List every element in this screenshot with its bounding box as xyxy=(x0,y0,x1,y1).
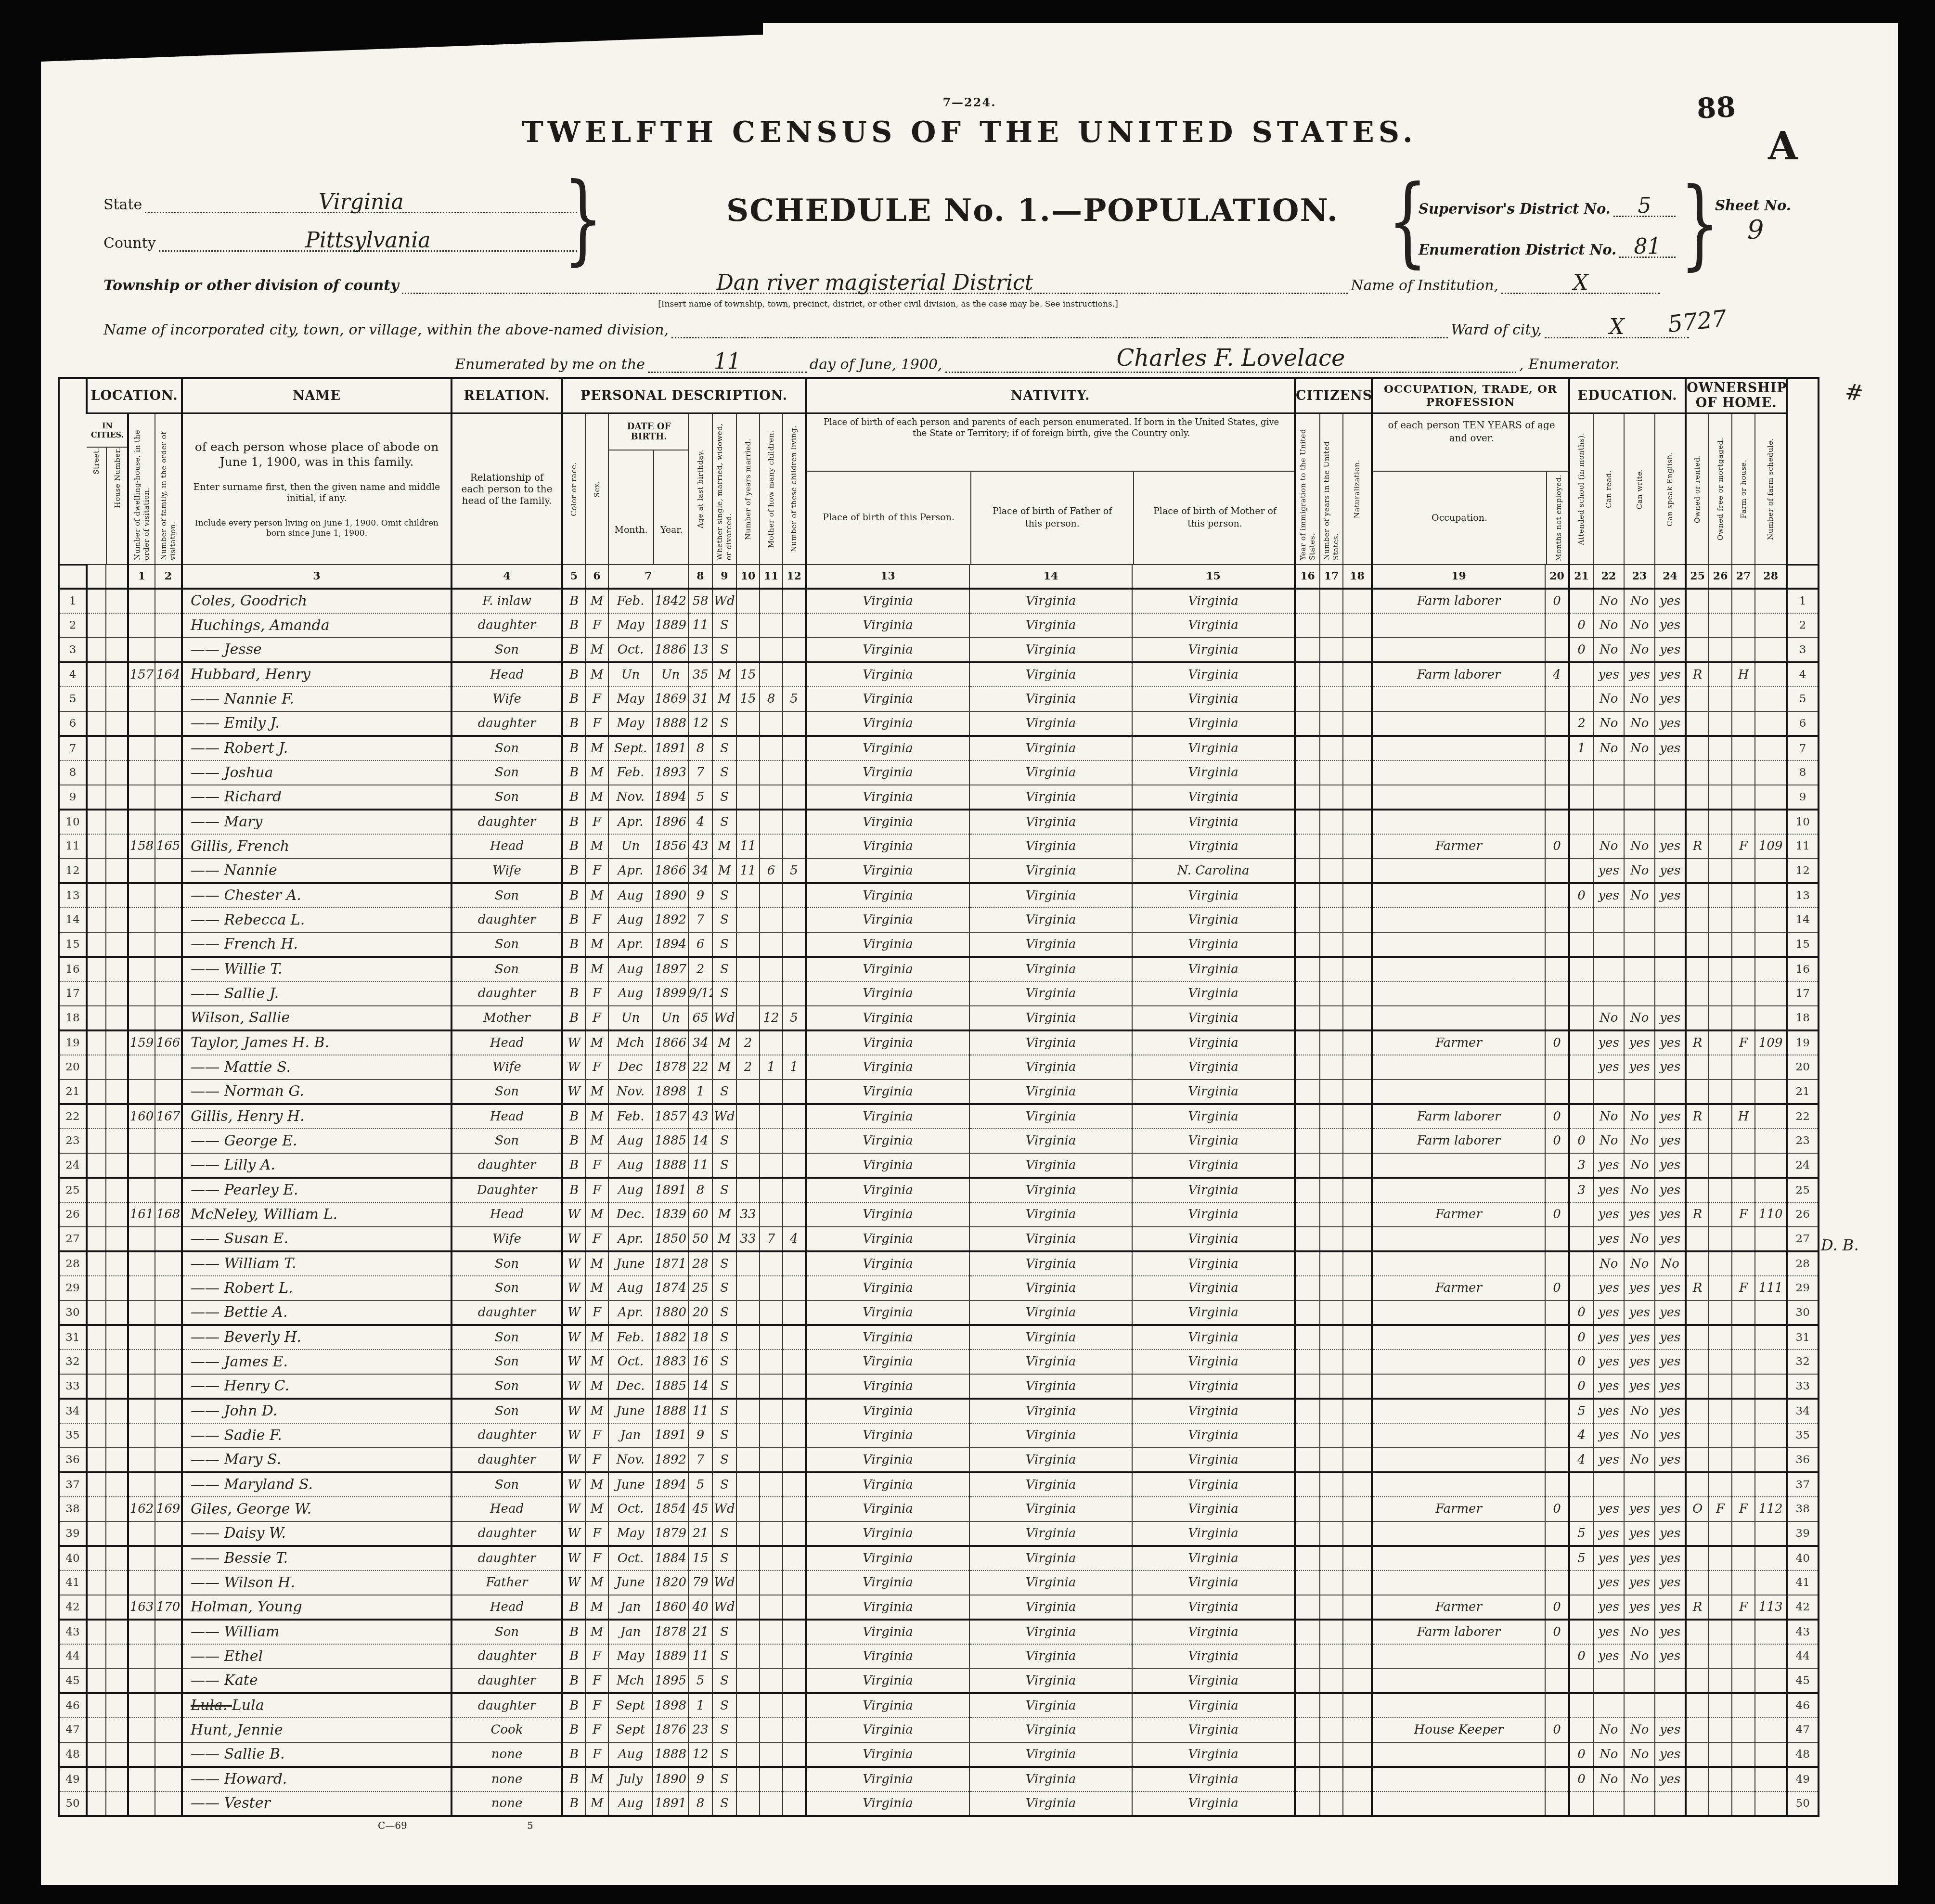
cell-fs xyxy=(1755,1791,1787,1816)
col-children-living-header: Number of these children living. xyxy=(783,413,806,565)
cell-cb xyxy=(760,1742,783,1767)
cell-n2: 44 xyxy=(1787,1644,1819,1669)
cell-ue xyxy=(1545,1153,1569,1178)
cell-age: 43 xyxy=(688,1104,712,1129)
cell-n: 46 xyxy=(59,1693,87,1718)
cell-fh xyxy=(1732,1472,1755,1497)
cell-sp xyxy=(1655,1080,1686,1104)
cell-ym xyxy=(736,1718,760,1742)
cell-ym xyxy=(736,736,760,760)
cell-ms: M xyxy=(712,834,736,859)
census-table: LOCATION. NAME RELATION. PERSONAL DESCRI… xyxy=(58,377,1819,1817)
col-dwelling-header: Number of dwelling-house, in the order o… xyxy=(128,413,155,565)
cell-name: —— Emily J. xyxy=(182,711,451,736)
cell-sp: yes xyxy=(1655,1399,1686,1423)
township-label: Township or other division of county xyxy=(103,277,399,294)
cell-house xyxy=(106,1472,128,1497)
cell-ms: S xyxy=(712,1767,736,1791)
cell-c18 xyxy=(1343,1399,1372,1423)
cell-ue: 0 xyxy=(1545,1030,1569,1055)
cell-pf: Virginia xyxy=(969,1546,1132,1570)
cell-cb xyxy=(760,1693,783,1718)
cell-yr: 1898 xyxy=(653,1080,688,1104)
cell-street xyxy=(87,1055,106,1080)
cell-c18 xyxy=(1343,981,1372,1006)
cell-ym xyxy=(736,1693,760,1718)
table-row: 18Wilson, SallieMotherBFUnUn65Wd125Virgi… xyxy=(59,1006,1819,1030)
cell-n2: 16 xyxy=(1787,957,1819,981)
cell-street xyxy=(87,859,106,883)
cell-n: 50 xyxy=(59,1791,87,1816)
cell-ms: S xyxy=(712,785,736,810)
cell-pf: Virginia xyxy=(969,1104,1132,1129)
cell-cb xyxy=(760,1129,783,1153)
cell-sch xyxy=(1569,1055,1593,1080)
cell-name: Coles, Goodrich xyxy=(182,589,451,613)
col-num-3: 3 xyxy=(182,565,451,589)
cell-ms: M xyxy=(712,1202,736,1227)
cell-name: —— Beverly H. xyxy=(182,1325,451,1350)
cell-fs xyxy=(1755,1644,1787,1669)
cell-cl xyxy=(783,1325,806,1350)
cell-cl xyxy=(783,1767,806,1791)
cell-street xyxy=(87,1350,106,1374)
cell-c17 xyxy=(1320,1227,1343,1251)
footer-number: 5 xyxy=(527,1820,533,1831)
cell-pb: Virginia xyxy=(806,1129,969,1153)
cell-ue xyxy=(1545,1227,1569,1251)
cell-own xyxy=(1686,1669,1709,1693)
cell-rd: No xyxy=(1593,1742,1624,1767)
cell-mo: May xyxy=(608,687,653,711)
page-title: TWELFTH CENSUS OF THE UNITED STATES. xyxy=(41,116,1898,149)
cell-c: B xyxy=(562,1767,585,1791)
cell-s: M xyxy=(585,1767,608,1791)
cell-fs xyxy=(1755,981,1787,1006)
cell-s: M xyxy=(585,883,608,908)
cell-c17 xyxy=(1320,957,1343,981)
cell-frm xyxy=(1709,1178,1732,1202)
cell-house xyxy=(106,1742,128,1767)
cell-c: B xyxy=(562,687,585,711)
cell-d xyxy=(128,932,155,957)
cell-ue xyxy=(1545,1251,1569,1276)
cell-mo: July xyxy=(608,1767,653,1791)
cell-cl xyxy=(783,1693,806,1718)
cell-occ xyxy=(1372,638,1545,662)
cell-house xyxy=(106,1669,128,1693)
cell-mo: Dec xyxy=(608,1055,653,1080)
cell-wr xyxy=(1624,1080,1655,1104)
cell-rel: daughter xyxy=(451,1300,562,1325)
cell-c18 xyxy=(1343,1767,1372,1791)
cell-ym xyxy=(736,1178,760,1202)
cell-c18 xyxy=(1343,1669,1372,1693)
cell-wr: yes xyxy=(1624,1546,1655,1570)
cell-ms: Wd xyxy=(712,1595,736,1620)
cell-frm xyxy=(1709,859,1732,883)
cell-mo: Sept xyxy=(608,1718,653,1742)
cell-f xyxy=(155,1178,182,1202)
institution-label: Name of Institution, xyxy=(1351,277,1498,294)
cell-ym xyxy=(736,1570,760,1595)
cell-ue: 4 xyxy=(1545,662,1569,687)
cell-street xyxy=(87,932,106,957)
cell-n2: 29 xyxy=(1787,1276,1819,1300)
cell-cb xyxy=(760,1620,783,1644)
cell-pb: Virginia xyxy=(806,1178,969,1202)
cell-age: 11 xyxy=(688,1153,712,1178)
cell-sch xyxy=(1569,859,1593,883)
cell-cl: 5 xyxy=(783,859,806,883)
cell-name: —— Robert L. xyxy=(182,1276,451,1300)
cell-wr xyxy=(1624,1791,1655,1816)
cell-pf: Virginia xyxy=(969,1227,1132,1251)
table-row: 22160167Gillis, Henry H.HeadBMFeb.185743… xyxy=(59,1104,1819,1129)
cell-pf: Virginia xyxy=(969,613,1132,638)
cell-sp: yes xyxy=(1655,1350,1686,1374)
cell-ue xyxy=(1545,638,1569,662)
cell-mo: Un xyxy=(608,662,653,687)
col-num-25: 25 xyxy=(1686,565,1709,589)
cell-name: —— Richard xyxy=(182,785,451,810)
table-row: 13—— Chester A.SonBMAug18909SVirginiaVir… xyxy=(59,883,1819,908)
cell-rd: No xyxy=(1593,1718,1624,1742)
cell-ym xyxy=(736,1276,760,1300)
cell-yr: 1897 xyxy=(653,957,688,981)
cell-ym xyxy=(736,1546,760,1570)
cell-yr: 1874 xyxy=(653,1276,688,1300)
cell-frm xyxy=(1709,1251,1732,1276)
relation-desc: Relationship of each person to the head … xyxy=(452,472,561,506)
cell-pb: Virginia xyxy=(806,1325,969,1350)
cell-own: R xyxy=(1686,1104,1709,1129)
cell-name: —— William T. xyxy=(182,1251,451,1276)
cell-ym xyxy=(736,613,760,638)
cell-ue: 0 xyxy=(1545,1276,1569,1300)
cell-d: 163 xyxy=(128,1595,155,1620)
cell-c18 xyxy=(1343,1055,1372,1080)
cell-s: F xyxy=(585,1153,608,1178)
cell-wr: yes xyxy=(1624,1350,1655,1374)
table-row: 10—— MarydaughterBFApr.18964SVirginiaVir… xyxy=(59,810,1819,834)
cell-n2: 15 xyxy=(1787,932,1819,957)
cell-ue xyxy=(1545,932,1569,957)
cell-n2: 43 xyxy=(1787,1620,1819,1644)
cell-mo: Nov. xyxy=(608,785,653,810)
cell-d xyxy=(128,1251,155,1276)
cell-house xyxy=(106,613,128,638)
cell-street xyxy=(87,785,106,810)
cell-ms: S xyxy=(712,1325,736,1350)
cell-street xyxy=(87,760,106,785)
cell-c16 xyxy=(1295,1104,1320,1129)
cell-n: 1 xyxy=(59,589,87,613)
cell-rel: F. inlaw xyxy=(451,589,562,613)
cell-name: —— George E. xyxy=(182,1129,451,1153)
cell-occ xyxy=(1372,736,1545,760)
cell-pm: Virginia xyxy=(1132,1080,1295,1104)
cell-s: F xyxy=(585,1644,608,1669)
cell-c18 xyxy=(1343,810,1372,834)
cell-mo: Jan xyxy=(608,1423,653,1448)
cell-rd xyxy=(1593,1472,1624,1497)
cell-c18 xyxy=(1343,589,1372,613)
cell-pb: Virginia xyxy=(806,1006,969,1030)
cell-own xyxy=(1686,736,1709,760)
cell-fs: 113 xyxy=(1755,1595,1787,1620)
cell-house xyxy=(106,1374,128,1399)
cell-c17 xyxy=(1320,711,1343,736)
cell-c17 xyxy=(1320,1718,1343,1742)
cell-house xyxy=(106,1153,128,1178)
cell-c16 xyxy=(1295,1546,1320,1570)
cell-frm xyxy=(1709,1423,1732,1448)
cell-rel: Wife xyxy=(451,687,562,711)
cell-pm: Virginia xyxy=(1132,589,1295,613)
cell-wr: No xyxy=(1624,1718,1655,1742)
cell-d xyxy=(128,1080,155,1104)
cell-n2: 2 xyxy=(1787,613,1819,638)
col-sex-label: Sex. xyxy=(593,481,602,497)
cell-c18 xyxy=(1343,1129,1372,1153)
cell-own xyxy=(1686,1325,1709,1350)
table-row: 31—— Beverly H.SonWMFeb.188218SVirginiaV… xyxy=(59,1325,1819,1350)
cell-pm: Virginia xyxy=(1132,1423,1295,1448)
cell-sch: 3 xyxy=(1569,1178,1593,1202)
cell-sp: yes xyxy=(1655,1570,1686,1595)
cell-fs xyxy=(1755,1251,1787,1276)
cell-pf: Virginia xyxy=(969,1497,1132,1521)
cell-frm xyxy=(1709,1276,1732,1300)
cell-rd xyxy=(1593,1693,1624,1718)
cell-wr: No xyxy=(1624,589,1655,613)
cell-c18 xyxy=(1343,1153,1372,1178)
cell-pm: Virginia xyxy=(1132,1178,1295,1202)
cell-d xyxy=(128,1006,155,1030)
col-years-married-label: Number of years married. xyxy=(744,438,753,540)
cell-n: 18 xyxy=(59,1006,87,1030)
cell-pf: Virginia xyxy=(969,1300,1132,1325)
cell-c18 xyxy=(1343,1546,1372,1570)
cell-pb: Virginia xyxy=(806,957,969,981)
cell-n: 17 xyxy=(59,981,87,1006)
cell-mo: Oct. xyxy=(608,1546,653,1570)
cell-name: —— Vester xyxy=(182,1791,451,1816)
cell-wr: yes xyxy=(1624,1055,1655,1080)
col-school-header: Attended school (in months). xyxy=(1569,413,1593,565)
cell-c17 xyxy=(1320,1178,1343,1202)
cell-sch xyxy=(1569,932,1593,957)
cell-wr: No xyxy=(1624,1620,1655,1644)
cell-d xyxy=(128,883,155,908)
cell-d xyxy=(128,1399,155,1423)
cell-name: —— Maryland S. xyxy=(182,1472,451,1497)
cell-age: 7 xyxy=(688,1448,712,1472)
group-citizenship: CITIZENSHIP. xyxy=(1295,378,1372,413)
cell-pf: Virginia xyxy=(969,1030,1132,1055)
cell-fs: 112 xyxy=(1755,1497,1787,1521)
cell-house xyxy=(106,736,128,760)
cell-cb xyxy=(760,1570,783,1595)
cell-f xyxy=(155,810,182,834)
cell-sp: yes xyxy=(1655,1178,1686,1202)
cell-pm: Virginia xyxy=(1132,1669,1295,1693)
cell-pm: Virginia xyxy=(1132,1030,1295,1055)
cell-pb: Virginia xyxy=(806,1669,969,1693)
cell-c18 xyxy=(1343,638,1372,662)
cell-f xyxy=(155,1325,182,1350)
cell-n: 38 xyxy=(59,1497,87,1521)
cell-c17 xyxy=(1320,785,1343,810)
cell-mo: June xyxy=(608,1251,653,1276)
col-num-27: 27 xyxy=(1732,565,1755,589)
cell-street xyxy=(87,810,106,834)
cell-c17 xyxy=(1320,932,1343,957)
cell-occ: Farm laborer xyxy=(1372,1620,1545,1644)
cell-c17 xyxy=(1320,687,1343,711)
col-read-label: Can read. xyxy=(1604,470,1613,508)
cell-pm: Virginia xyxy=(1132,662,1295,687)
cell-sp: yes xyxy=(1655,1325,1686,1350)
cell-c16 xyxy=(1295,1448,1320,1472)
cell-ue xyxy=(1545,1399,1569,1423)
group-relation: RELATION. xyxy=(451,378,562,413)
cell-name: —— Chester A. xyxy=(182,883,451,908)
col-year-label: Year. xyxy=(653,450,688,564)
cell-c18 xyxy=(1343,613,1372,638)
cell-pm: Virginia xyxy=(1132,810,1295,834)
cell-s: M xyxy=(585,1276,608,1300)
cell-c16 xyxy=(1295,1300,1320,1325)
sheet-value: 9 xyxy=(1747,215,1764,245)
cell-rel: Son xyxy=(451,1620,562,1644)
cell-name: —— Kate xyxy=(182,1669,451,1693)
cell-fs xyxy=(1755,1693,1787,1718)
cell-occ xyxy=(1372,1767,1545,1791)
table-row: 40—— Bessie T.daughterWFOct.188415SVirgi… xyxy=(59,1546,1819,1570)
cell-fs xyxy=(1755,1129,1787,1153)
cell-ym: 11 xyxy=(736,834,760,859)
cell-age: 9 xyxy=(688,1423,712,1448)
cell-yr: 1883 xyxy=(653,1350,688,1374)
cell-pf: Virginia xyxy=(969,834,1132,859)
county-value: Pittsylvania xyxy=(305,231,430,250)
cell-street xyxy=(87,1521,106,1546)
cell-c: B xyxy=(562,1104,585,1129)
cell-ms: S xyxy=(712,1251,736,1276)
table-row: 44—— EtheldaughterBFMay188911SVirginiaVi… xyxy=(59,1644,1819,1669)
table-row: 27—— Susan E.WifeWFApr.185050M3374Virgin… xyxy=(59,1227,1819,1251)
cell-ms: S xyxy=(712,1669,736,1693)
cell-fh: F xyxy=(1732,1276,1755,1300)
cell-sch: 5 xyxy=(1569,1399,1593,1423)
cell-rel: Son xyxy=(451,1399,562,1423)
cell-pb: Virginia xyxy=(806,1399,969,1423)
cell-sch: 1 xyxy=(1569,736,1593,760)
col-num-4: 4 xyxy=(451,565,562,589)
cell-own xyxy=(1686,1472,1709,1497)
cell-fs xyxy=(1755,1153,1787,1178)
cell-c17 xyxy=(1320,589,1343,613)
cell-c: B xyxy=(562,1718,585,1742)
cell-own xyxy=(1686,957,1709,981)
cell-c: W xyxy=(562,1448,585,1472)
cell-c: B xyxy=(562,957,585,981)
cell-f xyxy=(155,1423,182,1448)
col-sex-header: Sex. xyxy=(585,413,608,565)
state-line: State Virginia xyxy=(103,193,580,213)
cell-pm: Virginia xyxy=(1132,1546,1295,1570)
cell-house xyxy=(106,1080,128,1104)
col-dob-header: DATE OF BIRTH. Month. Year. xyxy=(608,413,688,565)
cell-pm: Virginia xyxy=(1132,1153,1295,1178)
cell-pm: Virginia xyxy=(1132,1399,1295,1423)
col-mother-children-header: Mother of how many children. xyxy=(760,413,783,565)
cell-fs xyxy=(1755,1399,1787,1423)
cell-fs xyxy=(1755,1718,1787,1742)
table-row: 21—— Norman G.SonWMNov.18981SVirginiaVir… xyxy=(59,1080,1819,1104)
cell-s: M xyxy=(585,785,608,810)
table-row: 38162169Giles, George W.HeadWMOct.185445… xyxy=(59,1497,1819,1521)
cell-pb: Virginia xyxy=(806,1791,969,1816)
cell-pf: Virginia xyxy=(969,1276,1132,1300)
cell-mo: May xyxy=(608,613,653,638)
cell-ym xyxy=(736,1595,760,1620)
cell-c: B xyxy=(562,883,585,908)
cell-street xyxy=(87,1448,106,1472)
cell-pf: Virginia xyxy=(969,638,1132,662)
cell-pf: Virginia xyxy=(969,1742,1132,1767)
cell-cl xyxy=(783,810,806,834)
cell-c17 xyxy=(1320,760,1343,785)
cell-rel: Cook xyxy=(451,1718,562,1742)
cell-d xyxy=(128,1227,155,1251)
cell-fs xyxy=(1755,932,1787,957)
cell-ue xyxy=(1545,957,1569,981)
cell-c16 xyxy=(1295,1350,1320,1374)
cell-pm: Virginia xyxy=(1132,1448,1295,1472)
cell-ms: S xyxy=(712,760,736,785)
cell-cl xyxy=(783,1546,806,1570)
cell-house xyxy=(106,883,128,908)
cell-fs xyxy=(1755,613,1787,638)
cell-rel: Daughter xyxy=(451,1178,562,1202)
table-row: 36—— Mary S.daughterWFNov.18927SVirginia… xyxy=(59,1448,1819,1472)
cell-n: 6 xyxy=(59,711,87,736)
cell-n: 3 xyxy=(59,638,87,662)
cell-ms: S xyxy=(712,1374,736,1399)
cell-c18 xyxy=(1343,834,1372,859)
cell-rel: Mother xyxy=(451,1006,562,1030)
col-write-label: Can write. xyxy=(1635,469,1644,509)
col-immigration-header: Year of immigration to the United States… xyxy=(1295,413,1320,565)
cell-d: 162 xyxy=(128,1497,155,1521)
cell-cl xyxy=(783,1399,806,1423)
cell-rel: daughter xyxy=(451,1153,562,1178)
cell-ue xyxy=(1545,1546,1569,1570)
cell-cb xyxy=(760,834,783,859)
cell-yr: 1889 xyxy=(653,613,688,638)
cell-fs xyxy=(1755,810,1787,834)
cell-c16 xyxy=(1295,1374,1320,1399)
cell-d xyxy=(128,1791,155,1816)
cell-cb xyxy=(760,785,783,810)
cell-c16 xyxy=(1295,1055,1320,1080)
cell-street xyxy=(87,1153,106,1178)
cell-street xyxy=(87,662,106,687)
form-number: 7—224. xyxy=(41,95,1898,109)
